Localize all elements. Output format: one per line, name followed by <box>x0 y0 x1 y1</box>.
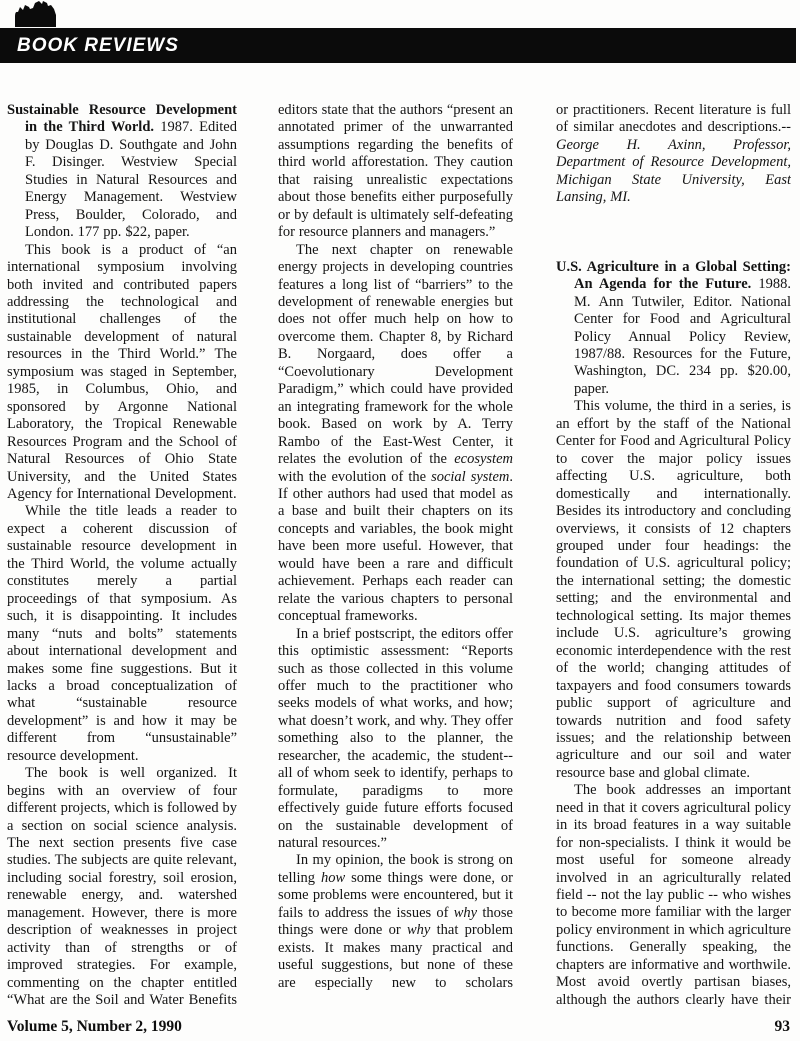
text-segment: While the title leads a reader to expect… <box>7 503 237 763</box>
text-segment: . If other authors had used that model a… <box>278 469 513 625</box>
text-segment: 1988. M. Ann Tutwiler, Editor. National … <box>574 276 791 397</box>
text-segment: This book is a product of “an internatio… <box>7 242 237 502</box>
ink-stamp-blob-icon <box>13 1 61 28</box>
text-segment: or practitioners. Recent literature is f… <box>556 102 791 135</box>
review-paragraph: This volume, the third in a series, is a… <box>556 398 791 782</box>
review-citation: Sustainable Resource Development in the … <box>7 102 237 242</box>
book-reviews-header-bar: BOOK REVIEWS <box>0 28 796 63</box>
review-column-2: editors state that the authors “present … <box>278 102 513 1010</box>
text-segment: with the evolution of the <box>278 469 431 485</box>
review-paragraph: The book is well organized. It begins wi… <box>7 765 237 1010</box>
review-column-3: or practitioners. Recent literature is f… <box>556 102 791 1010</box>
journal-page: { "header": { "title": "BOOK REVIEWS", "… <box>0 0 800 1041</box>
text-segment: In a brief postscript, the editors offer… <box>278 626 513 851</box>
text-segment: This volume, the third in a series, is a… <box>556 398 791 781</box>
review-paragraph: or practitioners. Recent literature is f… <box>556 102 791 207</box>
text-segment: George H. Axinn, Professor, Department o… <box>556 137 791 205</box>
volume-issue-line: Volume 5, Number 2, 1990 <box>7 1018 182 1036</box>
review-paragraph: The book addresses an important need in … <box>556 782 791 1010</box>
review-paragraph: While the title leads a reader to expect… <box>7 503 237 765</box>
text-segment: 1987. Edited by Douglas D. Southgate and… <box>25 119 237 240</box>
text-segment: editors state that the authors “present … <box>278 102 513 240</box>
text-segment: The book addresses an important need in … <box>556 782 791 1010</box>
page-title: BOOK REVIEWS <box>0 35 179 57</box>
text-segment: ecosystem <box>454 451 513 467</box>
review-column-1: Sustainable Resource Development in the … <box>7 102 237 1010</box>
review-citation: U.S. Agriculture in a Global Setting: An… <box>556 259 791 399</box>
page-number: 93 <box>775 1018 791 1036</box>
review-paragraph: editors state that the authors “present … <box>278 102 513 242</box>
text-segment: how <box>321 870 345 886</box>
review-paragraph: This book is a product of “an internatio… <box>7 242 237 504</box>
text-segment: social system <box>431 469 509 485</box>
review-paragraph: The next chapter on renewable energy pro… <box>278 242 513 626</box>
review-paragraph: In my opinion, the book is strong on tel… <box>278 852 513 992</box>
text-segment: why <box>454 905 477 921</box>
review-paragraph: In a brief postscript, the editors offer… <box>278 626 513 853</box>
text-segment: The book is well organized. It begins wi… <box>7 765 237 1010</box>
text-segment: why <box>407 922 430 938</box>
text-segment: The next chapter on renewable energy pro… <box>278 242 513 467</box>
